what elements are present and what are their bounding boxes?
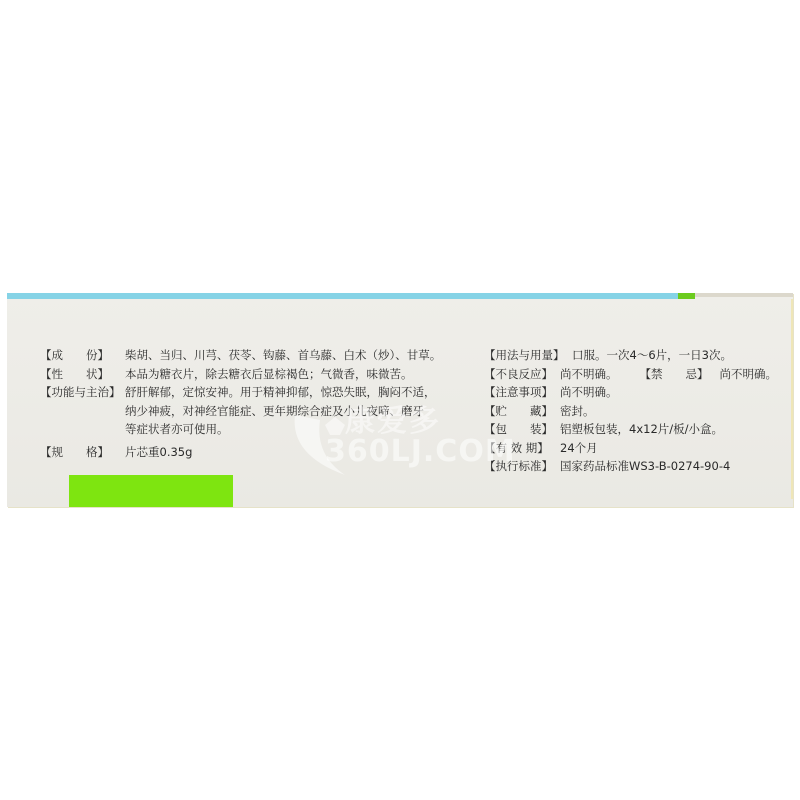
validity-row: 【有 效 期】 24个月 xyxy=(484,439,794,458)
dosage-row: 【用法与用量】 口服。一次4～6片，一日3次。 xyxy=(484,346,794,365)
watermark-text-bottom: 360LJ.COM xyxy=(325,434,516,469)
green-color-block xyxy=(69,475,233,507)
packaging-row: 【包 装】 铝塑板包装，4x12片/板/小盒。 xyxy=(484,420,794,439)
packaging-value: 铝塑板包装，4x12片/板/小盒。 xyxy=(560,420,723,439)
ingredients-row: 【成 份】 柴胡、当归、川芎、茯苓、钩藤、首乌藤、白术（炒）、甘草。 xyxy=(40,346,470,365)
beige-stripe xyxy=(695,293,793,297)
specification-label: 【规 格】 xyxy=(40,443,125,462)
standard-value: 国家药品标准WS3-B-0274-90-4 xyxy=(560,457,730,476)
ingredients-label: 【成 份】 xyxy=(40,346,125,365)
storage-row: 【贮 藏】 密封。 xyxy=(484,402,794,421)
precautions-label: 【注意事项】 xyxy=(484,383,560,402)
adverse-row: 【不良反应】 尚不明确。 【禁 忌】 尚不明确。 xyxy=(484,365,794,384)
adverse-label: 【不良反应】 xyxy=(484,365,560,384)
validity-value: 24个月 xyxy=(560,439,598,458)
ingredients-value: 柴胡、当归、川芎、茯苓、钩藤、首乌藤、白术（炒）、甘草。 xyxy=(125,346,441,365)
right-column: 【用法与用量】 口服。一次4～6片，一日3次。 【不良反应】 尚不明确。 【禁 … xyxy=(484,346,794,476)
contraindications-value: 尚不明确。 xyxy=(720,365,778,384)
storage-value: 密封。 xyxy=(560,402,595,421)
standard-row: 【执行标准】 国家药品标准WS3-B-0274-90-4 xyxy=(484,457,794,476)
appearance-value: 本品为糖衣片，除去糖衣后显棕褐色；气微香，味微苦。 xyxy=(125,365,413,384)
dosage-label: 【用法与用量】 xyxy=(484,346,572,365)
green-stripe xyxy=(678,293,695,299)
specification-value: 片芯重0.35g xyxy=(125,443,192,462)
blue-stripe xyxy=(7,293,678,299)
storage-label: 【贮 藏】 xyxy=(484,402,560,421)
indications-label: 【功能与主治】 xyxy=(40,383,125,402)
appearance-label: 【性 状】 xyxy=(40,365,125,384)
adverse-value: 尚不明确。 xyxy=(560,365,618,384)
dosage-value: 口服。一次4～6片，一日3次。 xyxy=(572,346,732,365)
contraindications-label: 【禁 忌】 xyxy=(640,365,720,384)
precautions-row: 【注意事项】 尚不明确。 xyxy=(484,383,794,402)
appearance-row: 【性 状】 本品为糖衣片，除去糖衣后显棕褐色；气微香，味微苦。 xyxy=(40,365,470,384)
precautions-value: 尚不明确。 xyxy=(560,383,618,402)
